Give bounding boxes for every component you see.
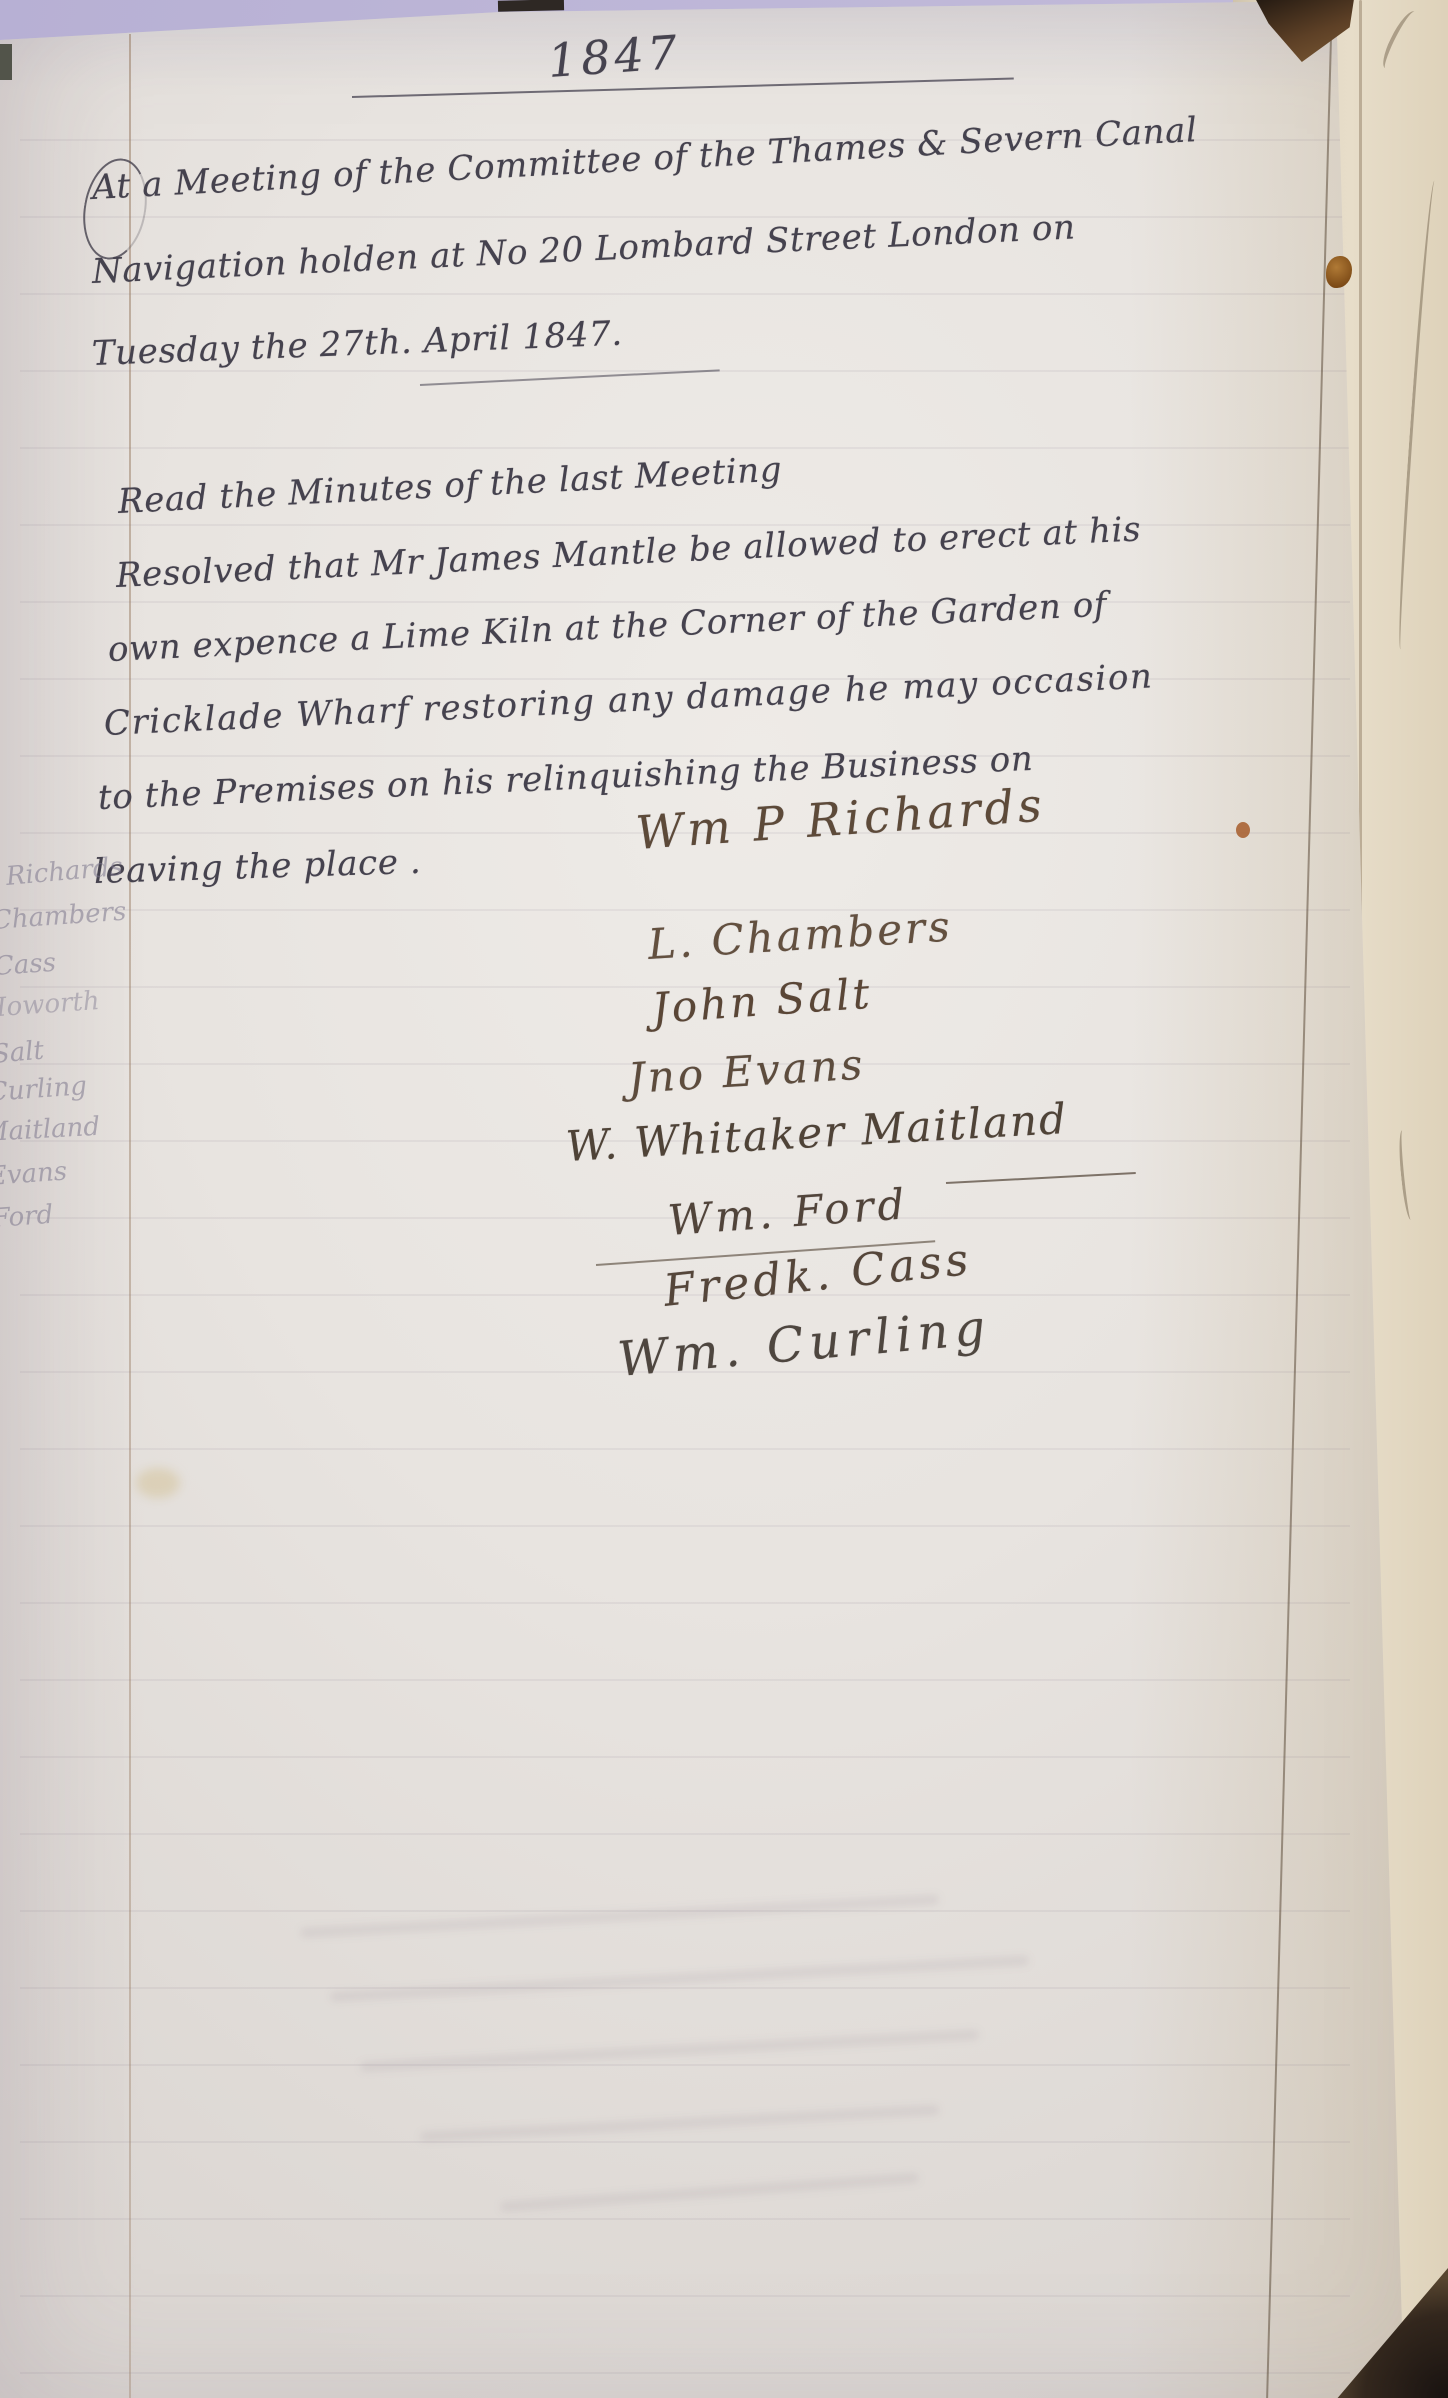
- adjacent-page-writing-mark: [1395, 180, 1441, 650]
- adjacent-page-writing-mark: [1378, 7, 1422, 72]
- edge-speck: [0, 44, 12, 80]
- margin-rule-line: [129, 34, 131, 2398]
- binding-gap-sliver: [498, 0, 564, 12]
- margin-attendee-note: Salt: [0, 1036, 45, 1070]
- margin-attendee-note: Evans: [0, 1157, 68, 1192]
- paper-stain: [136, 1468, 180, 1498]
- margin-attendee-note: Ford: [0, 1200, 54, 1234]
- minute-book-photograph: 1847 At a Meeting of the Committee of th…: [0, 0, 1448, 2398]
- wax-spot: [1236, 822, 1250, 838]
- manuscript-page: 1847 At a Meeting of the Committee of th…: [0, 0, 1448, 2398]
- heading-year: 1847: [546, 25, 683, 88]
- adjacent-page-writing-mark: [1396, 1130, 1416, 1221]
- margin-attendee-note: Cass: [0, 948, 57, 982]
- margin-attendee-note: Maitland: [0, 1112, 101, 1148]
